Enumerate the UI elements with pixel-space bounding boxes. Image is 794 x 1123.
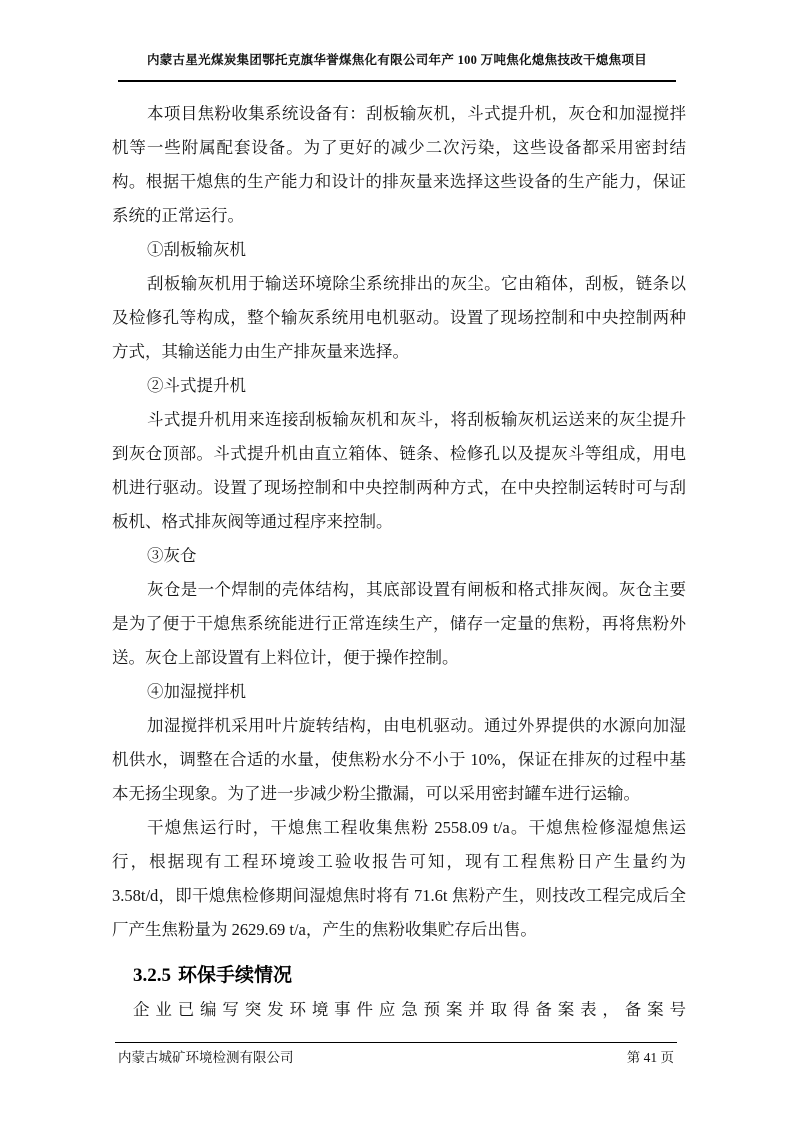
header-title: 内蒙古星光煤炭集团鄂托克旗华誉煤焦化有限公司年产 100 万吨焦化熄焦技改干熄焦… bbox=[0, 50, 794, 68]
paragraph-coke-powder-system: 本项目焦粉收集系统设备有：刮板输灰机，斗式提升机，灰仓和加湿搅拌机等一些附属配套… bbox=[112, 97, 686, 233]
paragraph-humidifying-mixer: 加湿搅拌机采用叶片旋转结构，由电机驱动。通过外界提供的水源向加湿机供水，调整在合… bbox=[112, 709, 686, 811]
paragraph-ash-silo: 灰仓是一个焊制的壳体结构，其底部设置有闸板和格式排灰阀。灰仓主要是为了便于干熄焦… bbox=[112, 573, 686, 675]
paragraph-emergency-plan: 企业已编写突发环境事件应急预案并取得备案表，备案号 bbox=[112, 993, 686, 1027]
item-heading-scraper-conveyor: ①刮板输灰机 bbox=[112, 233, 686, 267]
footer-company: 内蒙古城矿环境检测有限公司 bbox=[118, 1046, 294, 1066]
section-number: 3.2.5 bbox=[133, 965, 171, 986]
section-heading: 3.2.5环保手续情况 bbox=[112, 963, 686, 989]
item-heading-humidifying-mixer: ④加湿搅拌机 bbox=[112, 675, 686, 709]
page-footer: 内蒙古城矿环境检测有限公司 第 41 页 bbox=[118, 1046, 674, 1066]
paragraph-scraper-conveyor: 刮板输灰机用于输送环境除尘系统排出的灰尘。它由箱体，刮板，链条以及检修孔等构成，… bbox=[112, 267, 686, 369]
header-rule bbox=[118, 80, 676, 82]
paragraph-coke-powder-output: 干熄焦运行时，干熄焦工程收集焦粉 2558.09 t/a。干熄焦检修湿熄焦运行，… bbox=[112, 811, 686, 947]
footer-rule bbox=[115, 1042, 677, 1043]
section-title: 环保手续情况 bbox=[178, 965, 292, 986]
item-heading-bucket-elevator: ②斗式提升机 bbox=[112, 369, 686, 403]
paragraph-bucket-elevator: 斗式提升机用来连接刮板输灰机和灰斗，将刮板输灰机运送来的灰尘提升到灰仓顶部。斗式… bbox=[112, 403, 686, 539]
document-page: 内蒙古星光煤炭集团鄂托克旗华誉煤焦化有限公司年产 100 万吨焦化熄焦技改干熄焦… bbox=[0, 0, 794, 1123]
footer-page-number: 第 41 页 bbox=[627, 1046, 674, 1066]
document-body: 本项目焦粉收集系统设备有：刮板输灰机，斗式提升机，灰仓和加湿搅拌机等一些附属配套… bbox=[112, 97, 686, 1027]
item-heading-ash-silo: ③灰仓 bbox=[112, 539, 686, 573]
